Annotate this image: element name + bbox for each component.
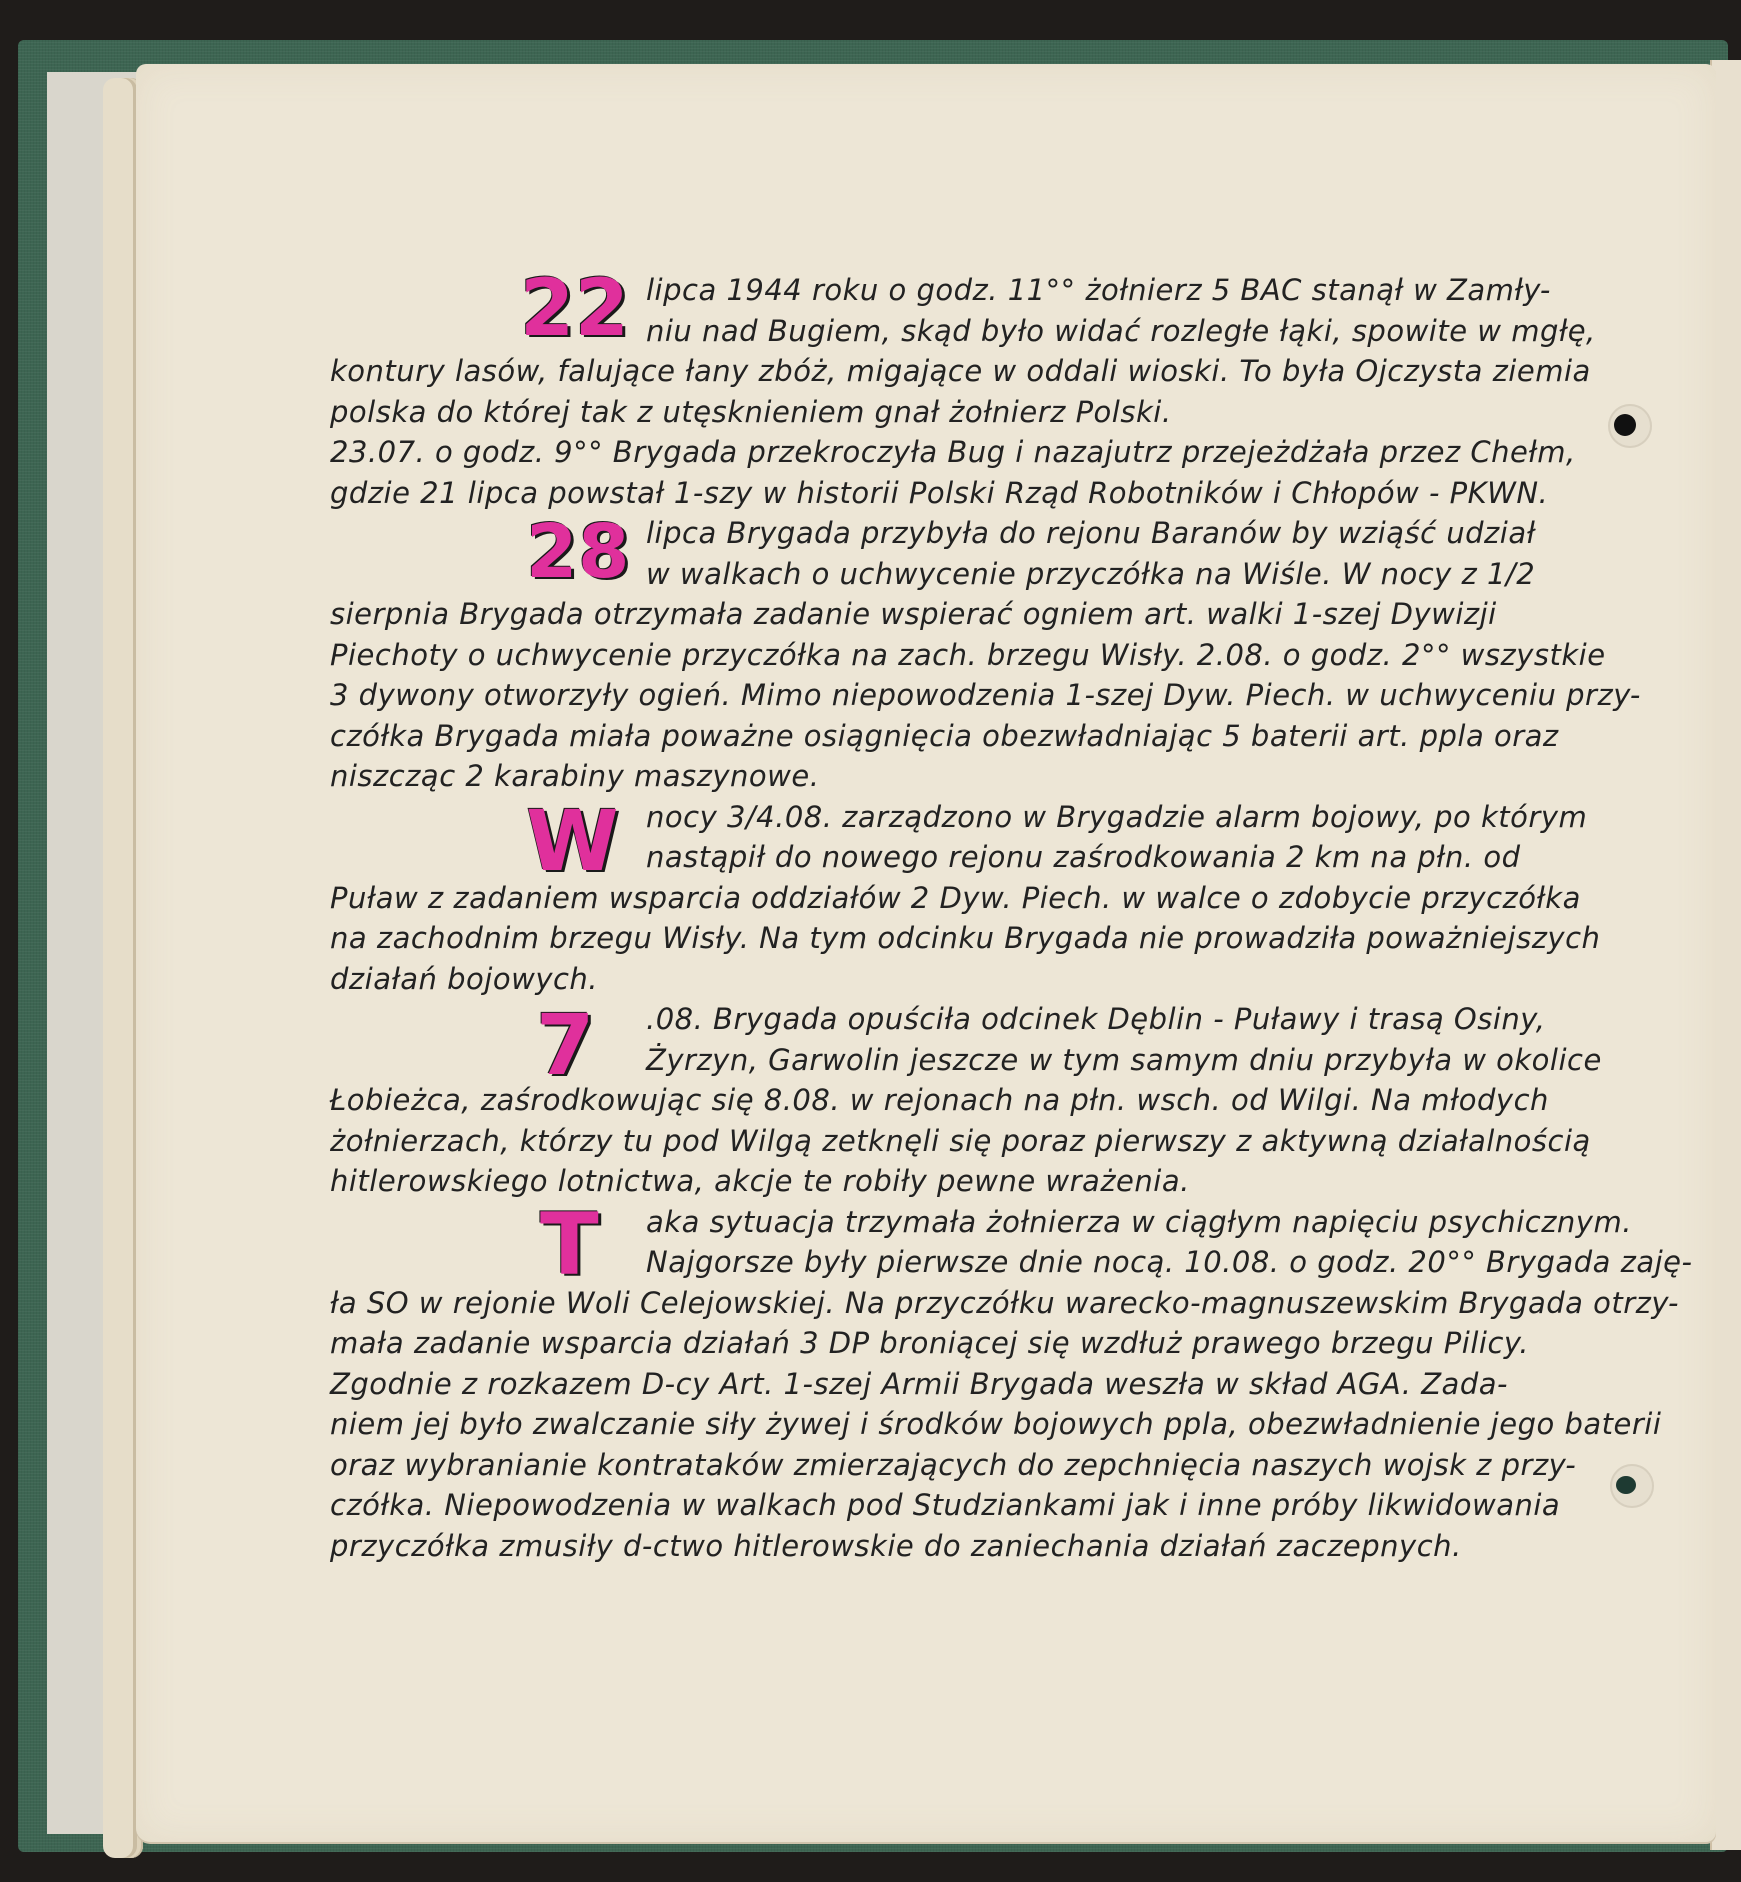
paragraph-22-lipca: 22 lipca 1944 roku o godz. 11°° żołnierz… bbox=[330, 270, 1510, 432]
text-line: czółka Brygada miała poważne osiągnięcia… bbox=[330, 716, 1510, 757]
text-line: lipca Brygada przybyła do rejonu Baranów… bbox=[330, 513, 1510, 554]
text-line: kontury lasów, falujące łany zbóż, migaj… bbox=[330, 351, 1510, 392]
text-line: niu nad Bugiem, skąd było widać rozległe… bbox=[330, 311, 1510, 352]
text-line: czółka. Niepowodzenia w walkach pod Stud… bbox=[330, 1485, 1510, 1526]
text-line: działań bojowych. bbox=[330, 959, 1510, 1000]
punch-hole-icon bbox=[1608, 404, 1652, 448]
dropcap: 28 bbox=[526, 515, 630, 589]
text-line: żołnierzach, którzy tu pod Wilgą zetknęl… bbox=[330, 1121, 1510, 1162]
text-line: na zachodnim brzegu Wisły. Na tym odcink… bbox=[330, 918, 1510, 959]
text-line: 3 dywony otworzyły ogień. Mimo niepowodz… bbox=[330, 675, 1510, 716]
paragraph-23-07: 23.07. o godz. 9°° Brygada przekroczyła … bbox=[330, 432, 1510, 513]
text-line: oraz wybranianie kontrataków zmierzający… bbox=[330, 1445, 1510, 1486]
dropcap: 7 bbox=[536, 1003, 595, 1087]
paragraph-taka-sytuacja: T aka sytuacja trzymała żołnierza w ciąg… bbox=[330, 1202, 1510, 1567]
page-text: 22 lipca 1944 roku o godz. 11°° żołnierz… bbox=[330, 270, 1510, 1566]
text-line: Najgorsze były pierwsze dnie nocą. 10.08… bbox=[330, 1242, 1510, 1283]
text-line: w walkach o uchwycenie przyczółka na Wiś… bbox=[330, 554, 1510, 595]
text-line: nocy 3/4.08. zarządzono w Brygadzie alar… bbox=[330, 797, 1510, 838]
punch-hole-icon bbox=[1610, 1464, 1654, 1508]
text-line: hitlerowskiego lotnictwa, akcje te robił… bbox=[330, 1161, 1510, 1202]
text-line: niem jej było zwalczanie siły żywej i śr… bbox=[330, 1404, 1510, 1445]
text-line: przyczółka zmusiły d-ctwo hitlerowskie d… bbox=[330, 1526, 1510, 1567]
paragraph-28-lipca: 28 lipca Brygada przybyła do rejonu Bara… bbox=[330, 513, 1510, 797]
text-line: Zgodnie z rozkazem D-cy Art. 1-szej Armi… bbox=[330, 1364, 1510, 1405]
dropcap: W bbox=[526, 799, 619, 883]
text-line: .08. Brygada opuściła odcinek Dęblin - P… bbox=[330, 999, 1510, 1040]
text-line: lipca 1944 roku o godz. 11°° żołnierz 5 … bbox=[330, 270, 1510, 311]
text-line: 23.07. o godz. 9°° Brygada przekroczyła … bbox=[330, 432, 1510, 473]
dropcap: T bbox=[540, 1202, 599, 1288]
text-line: gdzie 21 lipca powstał 1-szy w historii … bbox=[330, 473, 1510, 514]
text-line: ła SO w rejonie Woli Celejowskiej. Na pr… bbox=[330, 1283, 1510, 1324]
text-line: nastąpił do nowego rejonu zaśrodkowania … bbox=[330, 837, 1510, 878]
dropcap: 22 bbox=[520, 270, 630, 348]
text-line: aka sytuacja trzymała żołnierza w ciągły… bbox=[330, 1202, 1510, 1243]
text-line: Łobieżca, zaśrodkowując się 8.08. w rejo… bbox=[330, 1080, 1510, 1121]
text-line: Puław z zadaniem wsparcia oddziałów 2 Dy… bbox=[330, 878, 1510, 919]
text-line: mała zadanie wsparcia działań 3 DP broni… bbox=[330, 1323, 1510, 1364]
text-line: niszcząc 2 karabiny maszynowe. bbox=[330, 756, 1510, 797]
text-line: Piechoty o uchwycenie przyczółka na zach… bbox=[330, 635, 1510, 676]
text-line: sierpnia Brygada otrzymała zadanie wspie… bbox=[330, 594, 1510, 635]
paragraph-7-08: 7 .08. Brygada opuściła odcinek Dęblin -… bbox=[330, 999, 1510, 1202]
text-line: polska do której tak z utęsknieniem gnał… bbox=[330, 392, 1510, 433]
text-line: Żyrzyn, Garwolin jeszcze w tym samym dni… bbox=[330, 1040, 1510, 1081]
paragraph-w-nocy: W nocy 3/4.08. zarządzono w Brygadzie al… bbox=[330, 797, 1510, 1000]
